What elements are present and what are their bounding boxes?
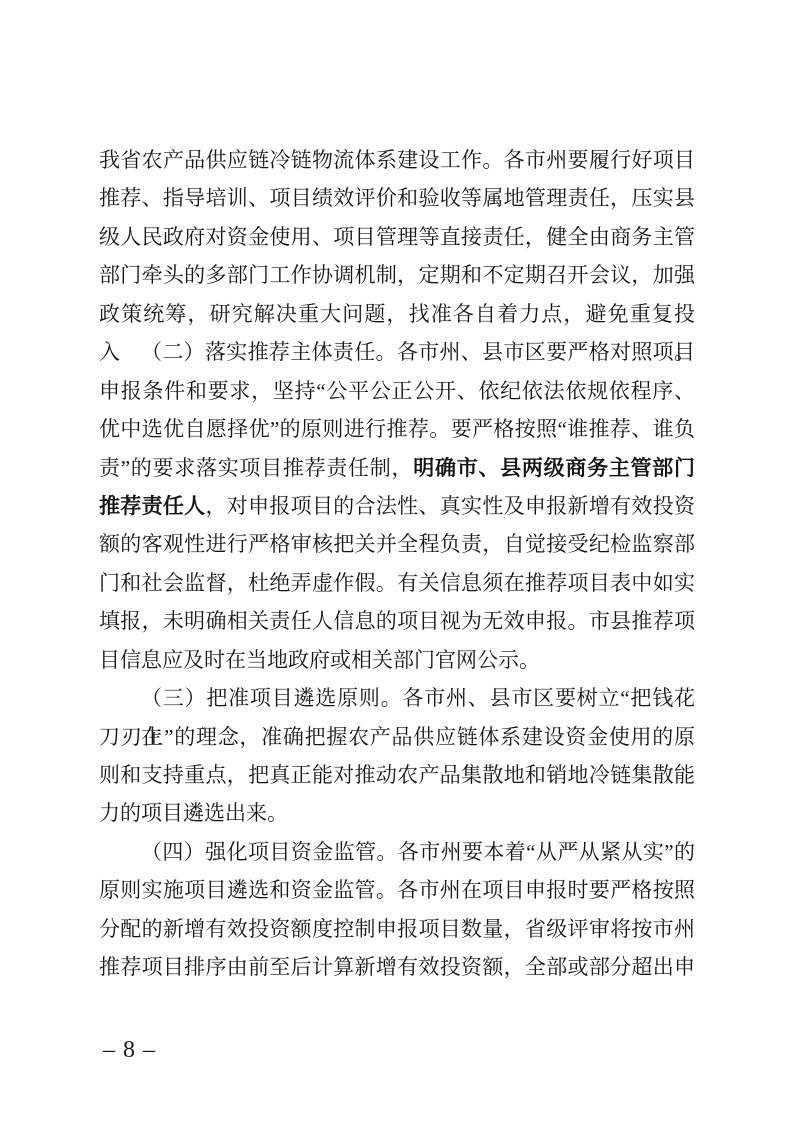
document-page: 我省农产品供应链冷链物流体系建设工作。各市州要履行好项目推荐、指导培训、项目绩效… [0, 0, 793, 1122]
bold-text-run: 推荐责任人 [99, 494, 205, 518]
text-line: 原则实施项目遴选和资金监管。各市州在项目申报时要严格按照 [99, 871, 695, 909]
text-run: 分配的新增有效投资额度控制申报项目数量，省级评审将按市州 [99, 917, 695, 941]
text-line: 门和社会监督，杜绝弄虚作假。有关信息须在推荐项目表中如实 [99, 564, 695, 602]
text-run: 推荐项目排序由前至后计算新增有效投资额，全部或部分超出申 [99, 955, 695, 979]
text-run: 额的客观性进行严格审核把关并全程负责，自觉接受纪检监察部 [99, 532, 695, 556]
text-line: 优中选优自愿择优”的原则进行推荐。要严格按照“谁推荐、谁负 [99, 410, 695, 448]
text-line: 级人民政府对资金使用、项目管理等直接责任，健全由商务主管 [99, 218, 695, 256]
text-run: 刀刃上”的理念，准确把握农产品供应链体系建设资金使用的原 [99, 725, 695, 749]
bold-text-run: 明确市、县两级商务主管部门 [413, 456, 695, 480]
text-run: 力的项目遴选出来。 [99, 801, 288, 825]
text-line: 责”的要求落实项目推荐责任制，明确市、县两级商务主管部门 [99, 449, 695, 487]
text-line: （二）落实推荐主体责任。各市州、县市区要严格对照项目 [99, 333, 695, 371]
text-line: 分配的新增有效投资额度控制申报项目数量，省级评审将按市州 [99, 910, 695, 948]
text-line: （四）强化项目资金监管。各市州要本着“从严从紧从实”的 [99, 833, 695, 871]
paragraph: （三）把准项目遴选原则。各市州、县市区要树立“把钱花在刀刃上”的理念，准确把握农… [99, 679, 695, 833]
text-run: 门和社会监督，杜绝弄虚作假。有关信息须在推荐项目表中如实 [99, 571, 695, 595]
document-body: 我省农产品供应链冷链物流体系建设工作。各市州要履行好项目推荐、指导培训、项目绩效… [99, 141, 695, 987]
text-run: 申报条件和要求，坚持“公平公正公开、依纪依法依规依程序、 [99, 379, 695, 403]
text-line: 我省农产品供应链冷链物流体系建设工作。各市州要履行好项目 [99, 141, 695, 179]
text-run: 则和支持重点，把真正能对推动农产品集散地和销地冷链集散能 [99, 763, 695, 787]
text-run: 级人民政府对资金使用、项目管理等直接责任，健全由商务主管 [99, 225, 695, 249]
text-line: 填报，未明确相关责任人信息的项目视为无效申报。市县推荐项 [99, 602, 695, 640]
text-line: 申报条件和要求，坚持“公平公正公开、依纪依法依规依程序、 [99, 372, 695, 410]
text-line: 力的项目遴选出来。 [99, 794, 695, 832]
paragraph: 我省农产品供应链冷链物流体系建设工作。各市州要履行好项目推荐、指导培训、项目绩效… [99, 141, 695, 333]
text-run: 推荐、指导培训、项目绩效评价和验收等属地管理责任，压实县 [99, 186, 695, 210]
text-run: （四）强化项目资金监管。各市州要本着“从严从紧从实”的 [141, 840, 695, 864]
text-run: 部门牵头的多部门工作协调机制，定期和不定期召开会议，加强 [99, 263, 695, 287]
text-run: 我省农产品供应链冷链物流体系建设工作。各市州要履行好项目 [99, 148, 695, 172]
text-line: 则和支持重点，把真正能对推动农产品集散地和销地冷链集散能 [99, 756, 695, 794]
text-run: （二）落实推荐主体责任。各市州、县市区要严格对照项目 [141, 340, 695, 364]
text-line: 推荐责任人，对申报项目的合法性、真实性及申报新增有效投资 [99, 487, 695, 525]
text-run: 原则实施项目遴选和资金监管。各市州在项目申报时要严格按照 [99, 878, 695, 902]
text-run: ，对申报项目的合法性、真实性及申报新增有效投资 [205, 494, 695, 518]
paragraph: （二）落实推荐主体责任。各市州、县市区要严格对照项目申报条件和要求，坚持“公平公… [99, 333, 695, 679]
text-run: 填报，未明确相关责任人信息的项目视为无效申报。市县推荐项 [99, 609, 695, 633]
text-line: 额的客观性进行严格审核把关并全程负责，自觉接受纪检监察部 [99, 525, 695, 563]
text-line: 目信息应及时在当地政府或相关部门官网公示。 [99, 641, 695, 679]
text-line: 刀刃上”的理念，准确把握农产品供应链体系建设资金使用的原 [99, 718, 695, 756]
text-line: 政策统筹，研究解决重大问题，找准各自着力点，避免重复投入。 [99, 295, 695, 333]
text-line: 推荐项目排序由前至后计算新增有效投资额，全部或部分超出申 [99, 948, 695, 986]
text-run: 优中选优自愿择优”的原则进行推荐。要严格按照“谁推荐、谁负 [99, 417, 695, 441]
text-run: 目信息应及时在当地政府或相关部门官网公示。 [99, 648, 540, 672]
text-line: 推荐、指导培训、项目绩效评价和验收等属地管理责任，压实县 [99, 179, 695, 217]
paragraph: （四）强化项目资金监管。各市州要本着“从严从紧从实”的原则实施项目遴选和资金监管… [99, 833, 695, 987]
text-line: （三）把准项目遴选原则。各市州、县市区要树立“把钱花在 [99, 679, 695, 717]
text-line: 部门牵头的多部门工作协调机制，定期和不定期召开会议，加强 [99, 256, 695, 294]
text-run: 责”的要求落实项目推荐责任制， [99, 456, 413, 480]
page-number: – 8 – [103, 1036, 156, 1064]
